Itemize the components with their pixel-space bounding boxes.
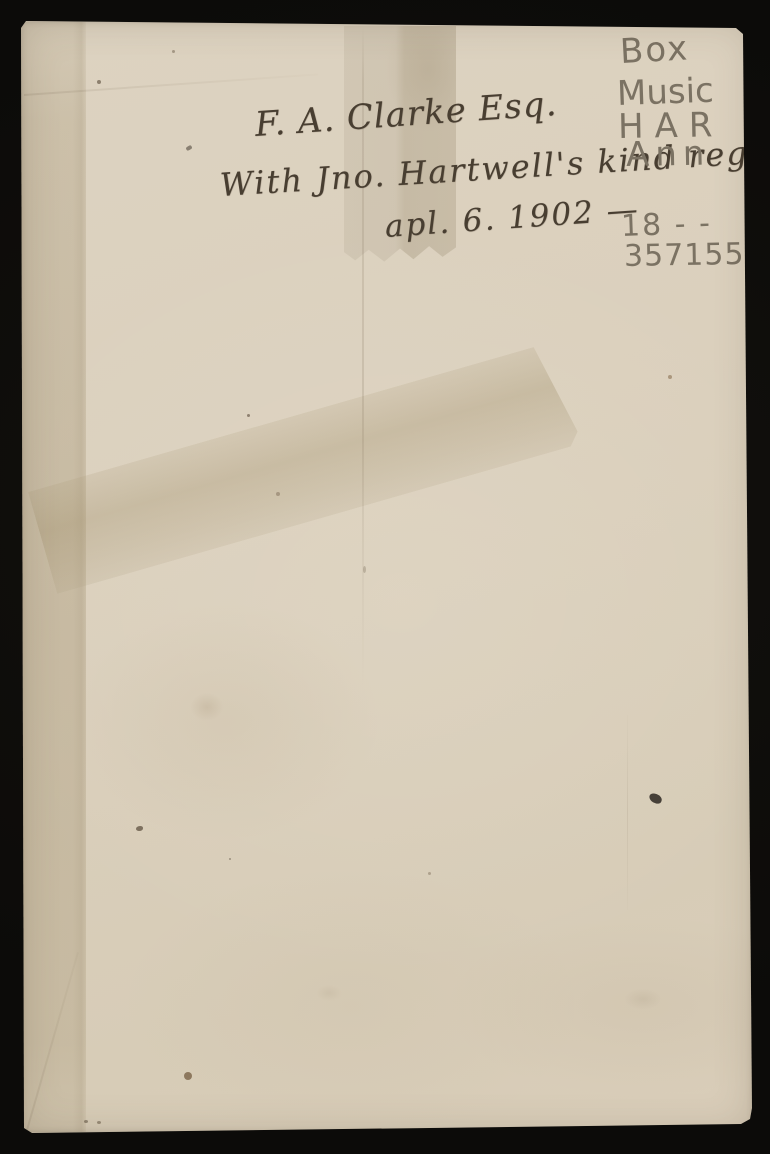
stain-smudge	[312, 982, 346, 1004]
stain-spot	[97, 1121, 101, 1124]
ink-speck	[185, 145, 192, 151]
stain-spot	[97, 80, 101, 84]
pencil-annotation-ann: Ann	[626, 137, 711, 172]
stain-spot	[668, 375, 672, 379]
fold-crease-right-lower	[627, 715, 628, 910]
stain-spot	[136, 826, 143, 831]
stain-spot	[84, 1120, 88, 1123]
stain-spot	[363, 566, 366, 573]
scan-background: F. A. Clarke Esq. With Jno. Hartwell's k…	[0, 0, 770, 1154]
stain-spot	[247, 414, 250, 417]
stain-smudge	[618, 985, 668, 1013]
paper-sheet: F. A. Clarke Esq. With Jno. Hartwell's k…	[21, 21, 753, 1133]
pencil-annotation-box: Box	[619, 31, 690, 69]
stain-spot	[276, 492, 280, 496]
stain-spot	[172, 50, 175, 53]
tape-strip-diagonal	[28, 342, 581, 594]
stain-spot	[229, 858, 231, 860]
stain-spot	[428, 872, 431, 875]
ink-blot	[648, 792, 663, 805]
foxing-spot	[184, 1072, 192, 1080]
stain-smudge	[185, 688, 229, 726]
pencil-annotation-accession-number: 357155	[624, 240, 745, 272]
